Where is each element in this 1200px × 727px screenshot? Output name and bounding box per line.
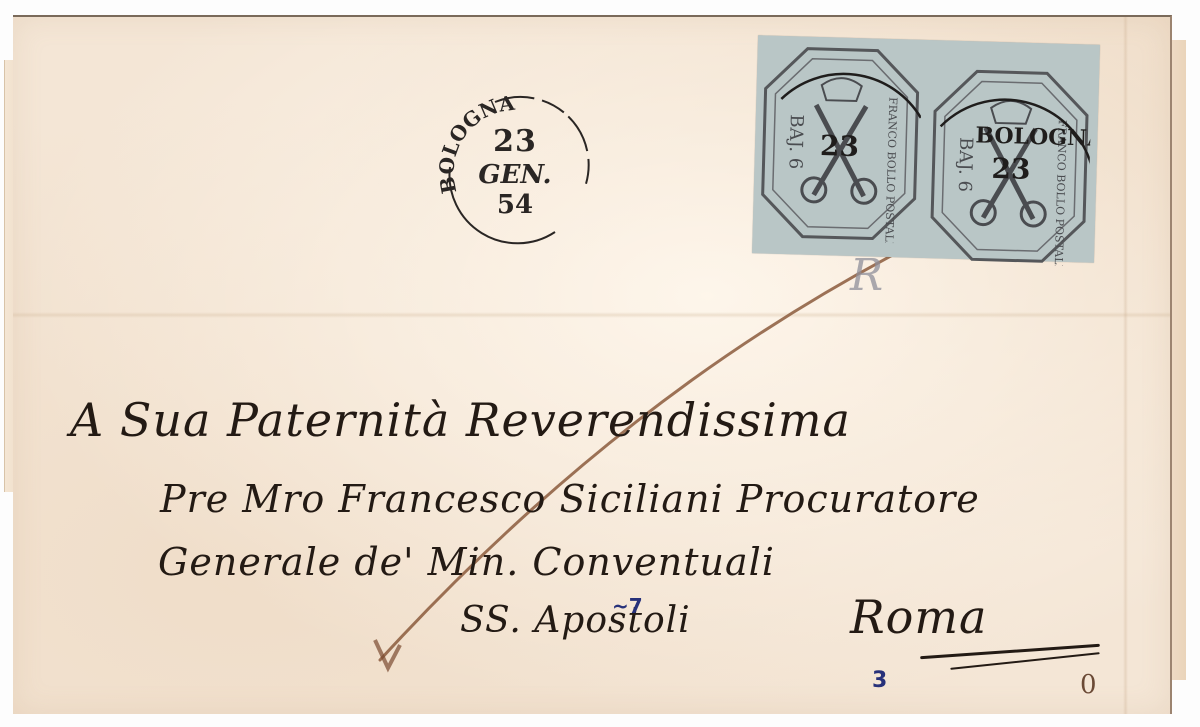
svg-text:FRANCO BOLLO POSTALE: FRANCO BOLLO POSTALE [882, 97, 899, 244]
papal-keys-stamp-icon: BAJ. 6 FRANCO BOLLO POSTALE 23 [757, 43, 922, 243]
svg-text:23: 23 [820, 129, 860, 163]
papal-keys-stamp-icon: BAJ. 6 FRANCO BOLLO POSTALE BOLOGNA 23 [927, 66, 1092, 266]
blue-crayon-mark-2: 3 [872, 668, 887, 693]
svg-text:BAJ. 6: BAJ. 6 [954, 137, 977, 193]
svg-text:23: 23 [991, 152, 1031, 186]
svg-text:BAJ. 6: BAJ. 6 [784, 114, 807, 170]
stamp-left: BAJ. 6 FRANCO BOLLO POSTALE 23 [757, 43, 922, 243]
blue-crayon-mark: ~7 [612, 594, 643, 618]
postmark-month: GEN. [435, 160, 595, 190]
stamp-pair: BAJ. 6 FRANCO BOLLO POSTALE 23 BAJ. 6 FR… [752, 35, 1100, 262]
address-line-4: SS. Apostoli [460, 600, 691, 641]
address-line-3: Generale de' Min. Conventuali [158, 540, 775, 584]
postmark-year: 54 [435, 190, 595, 220]
postmark-day: 23 [435, 124, 595, 159]
bologna-postmark: BOLOGNA 23 GEN. 54 [435, 92, 595, 252]
svg-text:BOLOGNA: BOLOGNA [975, 122, 1092, 152]
corner-ink-mark: 0 [1080, 670, 1097, 700]
address-line-2: Pre Mro Francesco Siciliani Procuratore [160, 477, 980, 521]
stamp-right: BAJ. 6 FRANCO BOLLO POSTALE BOLOGNA 23 [927, 66, 1092, 266]
address-city: Roma [850, 590, 987, 644]
address-line-1: A Sua Paternità Reverendissima [70, 393, 851, 447]
pencil-annotation: R [850, 250, 883, 301]
